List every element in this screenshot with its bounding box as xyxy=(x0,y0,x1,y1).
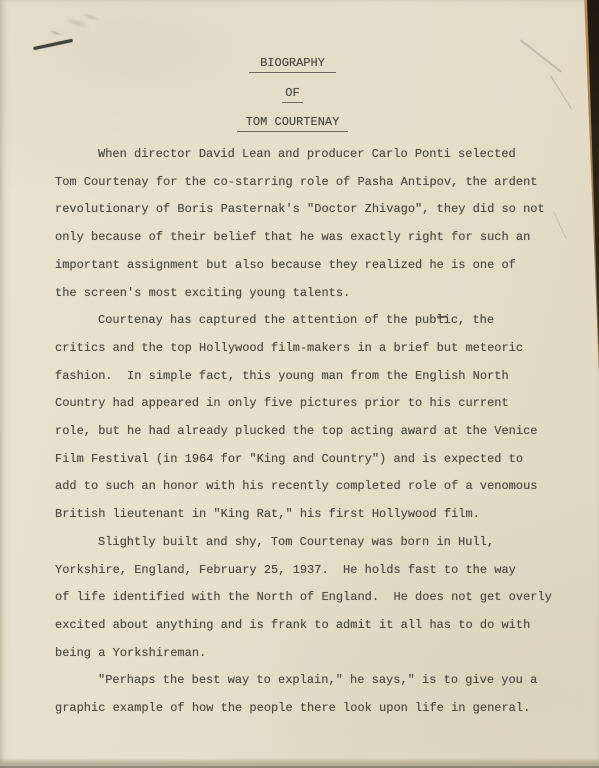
typed-line: important assignment but also because th… xyxy=(55,252,565,280)
typed-body: When director David Lean and producer Ca… xyxy=(55,141,565,723)
typed-line: critics and the top Hollywood film-maker… xyxy=(55,335,565,363)
typed-line: Courtenay has captured the attention of … xyxy=(55,307,565,335)
scanned-page: BIOGRAPHY OF TOM COURTENAY When director… xyxy=(0,0,599,768)
typed-line: add to such an honor with his recently c… xyxy=(55,473,565,501)
heading-line-of: OF xyxy=(0,86,585,116)
typed-line: revolutionary of Boris Pasternak's "Doct… xyxy=(55,196,565,224)
typed-line: Country had appeared in only five pictur… xyxy=(55,390,565,418)
typed-line: the screen's most exciting young talents… xyxy=(55,280,565,308)
typed-line: Film Festival (in 1964 for "King and Cou… xyxy=(55,446,565,474)
typed-line: Tom Courtenay for the co-starring role o… xyxy=(55,169,565,197)
typed-line: being a Yorkshireman. xyxy=(55,640,565,668)
typed-line: graphic example of how the people there … xyxy=(55,695,565,723)
document-heading: BIOGRAPHY OF TOM COURTENAY xyxy=(0,56,585,145)
heading-line-biography: BIOGRAPHY xyxy=(0,56,585,86)
typed-line: British lieutenant in "King Rat," his fi… xyxy=(55,501,565,529)
typed-line: of life identified with the North of Eng… xyxy=(55,584,565,612)
typed-line: fashion. In simple fact, this young man … xyxy=(55,363,565,391)
typed-line: When director David Lean and producer Ca… xyxy=(55,141,565,169)
typed-line: role, but he had already plucked the top… xyxy=(55,418,565,446)
typed-line: Slightly built and shy, Tom Courtenay wa… xyxy=(55,529,565,557)
paper-bottom-edge xyxy=(0,758,599,768)
typed-line: excited about anything and is frank to a… xyxy=(55,612,565,640)
typed-line: only because of their belief that he was… xyxy=(55,224,565,252)
typed-line: "Perhaps the best way to explain," he sa… xyxy=(55,667,565,695)
typed-line: Yorkshire, England, February 25, 1937. H… xyxy=(55,557,565,585)
